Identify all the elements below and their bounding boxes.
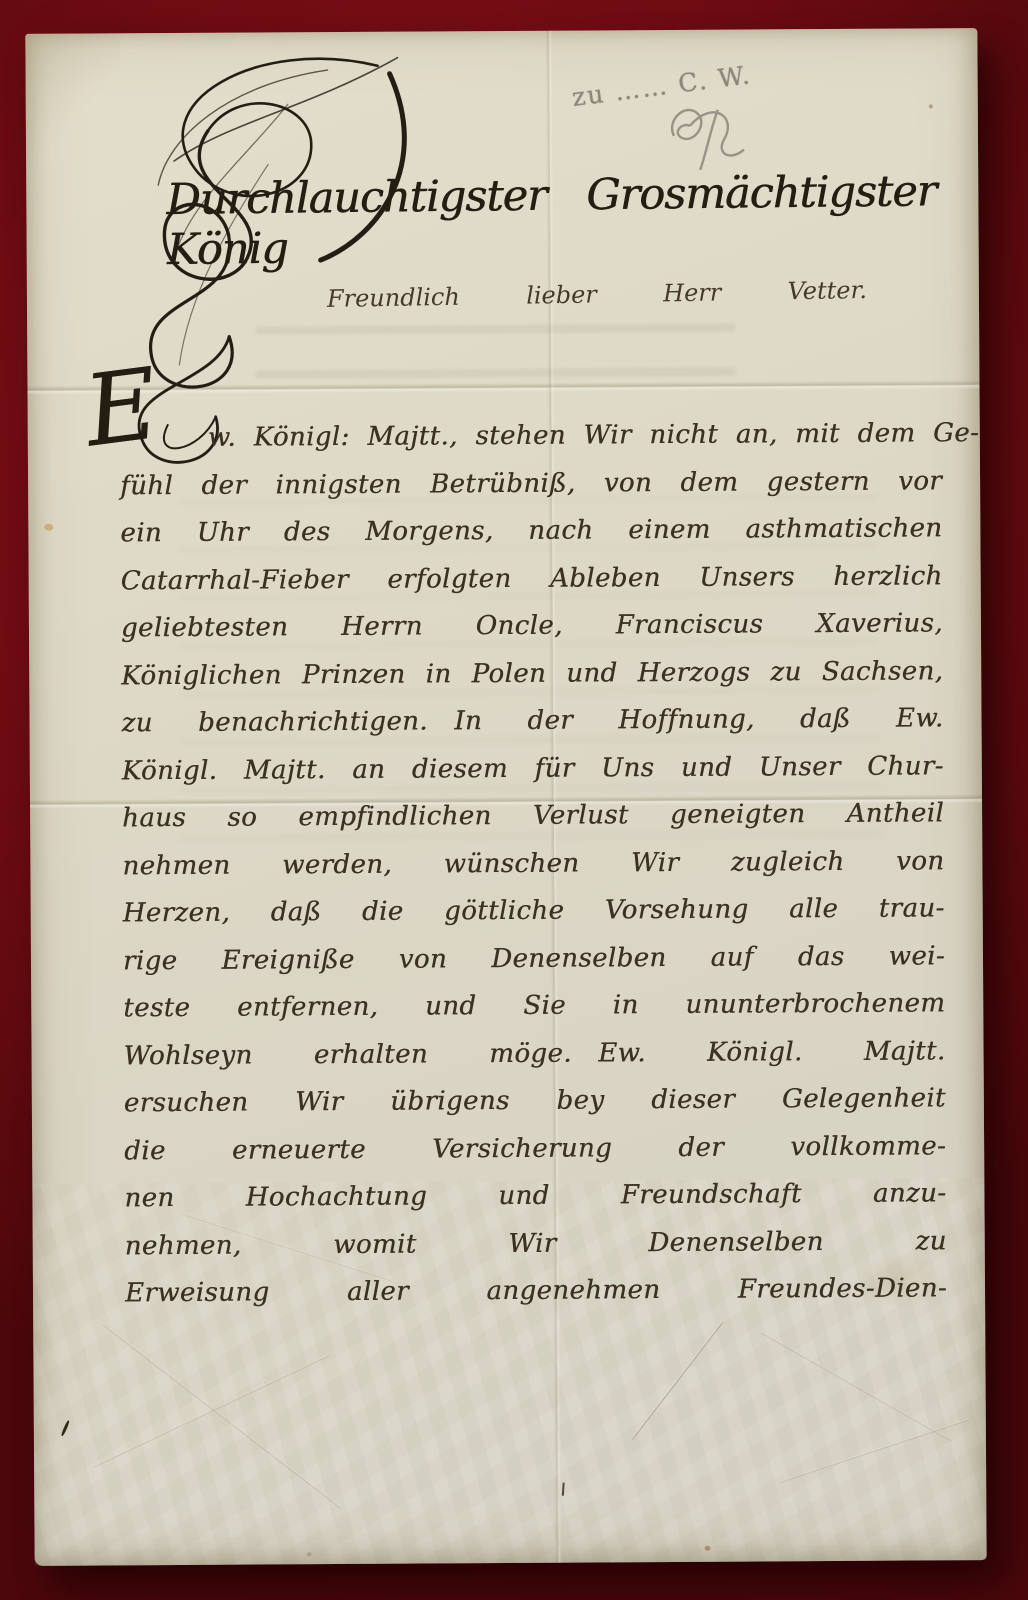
manuscript-line: Wohlseyn erhalten möge. Ew. Königl. Majt…: [123, 1028, 945, 1081]
manuscript-line: nehmen werden, wünschen Wir zugleich von: [122, 838, 944, 891]
manuscript-line: rige Ereigniße von Denenselben auf das w…: [123, 933, 945, 986]
manuscript-line: Erweisung aller angenehmen Freundes-Dien…: [125, 1265, 947, 1318]
pencil-flourish-mark: [660, 91, 757, 176]
manuscript-line: nehmen, womit Wir Denenselben zu: [125, 1218, 947, 1271]
foxing-spot: [307, 1552, 312, 1556]
manuscript-line: fühl der innigsten Betrübniß, von dem ge…: [120, 458, 942, 511]
manuscript-line: teste entfernen, und Sie in ununterbroch…: [123, 980, 945, 1033]
manuscript-line: Königl. Majtt. an diesem für Uns und Uns…: [122, 743, 944, 796]
foxing-spot: [44, 524, 53, 531]
manuscript-line: nen Hochachtung und Freundschaft anzu-: [124, 1170, 946, 1223]
manuscript-line: Herzen, daß die göttliche Vorsehung alle…: [123, 885, 945, 938]
manuscript-line: ersuchen Wir übrigens bey dieser Gelegen…: [124, 1075, 946, 1128]
foxing-spot: [705, 1546, 711, 1551]
letter-body: w. Königl: Majtt., stehen Wir nicht an, …: [120, 410, 947, 1318]
photo-backdrop: zu …… C. W. Du: [0, 0, 1028, 1600]
foxing-spot: [929, 104, 933, 108]
manuscript-line: Catarrhal-Fieber erfolgten Ableben Unser…: [121, 553, 943, 606]
manuscript-line: w. Königl: Majtt., stehen Wir nicht an, …: [120, 410, 942, 463]
manuscript-line: zu benachrichtigen. In der Hoffnung, daß…: [121, 695, 943, 748]
letter-paper: zu …… C. W. Du: [25, 28, 986, 1566]
manuscript-line: geliebtesten Herrn Oncle, Franciscus Xav…: [121, 600, 943, 653]
manuscript-line: haus so empfindlichen Verlust geneigten …: [122, 790, 944, 843]
manuscript-line: Königlichen Prinzen in Polen und Herzogs…: [121, 648, 943, 701]
manuscript-line: die erneuerte Versicherung der vollkomme…: [124, 1123, 946, 1176]
manuscript-line: ein Uhr des Morgens, nach einem asthmati…: [120, 505, 942, 558]
letter-heading: Durchlauchtigster Grosmächtigster König: [166, 166, 937, 275]
